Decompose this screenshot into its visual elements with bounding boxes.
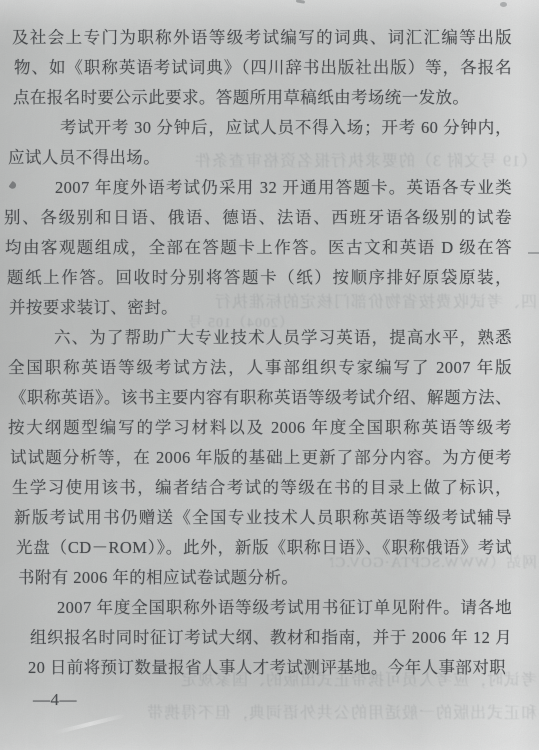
text-line: 光盘（CD－ROM）》。此外，新版《职称日语》、《职称俄语》考试用: [16, 533, 512, 563]
text-line: 点在报名时要公示此要求。答题所用草稿纸由考场统一发放。: [13, 83, 512, 113]
text-line: 《职称英语》。该书主要内容有职称英语等级考试介绍、解题方法、: [10, 383, 512, 413]
text-line: 考试开考 30 分钟后，应试人员不得入场；开考 60 分钟内，: [60, 113, 512, 143]
text-line: 按大纲题型编写的学习材料以及 2006 年度全国职称英语等级考: [8, 413, 512, 443]
bleedthrough-text: 和正式出版的一般适用的公共外语词典，但不得携带电子词典: [148, 700, 537, 723]
text-line: 别、各级别和日语、俄语、德语、法语、西班牙语各级别的试卷: [4, 203, 512, 233]
text-line: 应试人员不得出场。: [8, 143, 512, 173]
text-line: 物、如《职称英语考试词典》（四川辞书出版社出版）等，各报名: [14, 53, 512, 83]
crease-streak: [53, 713, 128, 735]
text-line: 题纸上作答。回收时分别将答题卡（纸）按顺序排好原袋原装，: [7, 263, 512, 293]
text-line: 20 日前将预订数量报省人事人才考试测评基地。今年人事部对职: [28, 653, 512, 683]
document-text: 及社会上专门为职称外语等级考试编写的词典、词汇汇编等出版物、如《职称英语考试词典…: [0, 23, 539, 683]
text-line: 书附有 2006 年的相应试卷试题分析。: [18, 563, 512, 593]
text-line: 六、为了帮助广大专业技术人员学习英语，提高水平，熟悉: [54, 323, 512, 353]
scanned-document-page: （19 号文附 3）的要求执行报名资格审查条件四、考试收费按省物价部门核定的标准…: [0, 0, 539, 750]
text-line: 均由客观题组成，全部在答题卡上作答。医古文和英语 D 级在答: [5, 233, 512, 263]
text-line: 生学习使用该书，编者结合考试的等级在书的目录上做了标识，: [12, 473, 512, 503]
text-line: 2007 年度外语考试仍采用 32 开通用答题卡。英语各专业类: [55, 173, 512, 203]
scan-speck: [500, 2, 507, 7]
scan-speck: [296, 0, 305, 4]
text-line: 全国职称英语等级考试方法，人事部组织专家编写了 2007 年版: [8, 353, 512, 383]
text-line: 并按要求装订、密封。: [9, 293, 512, 323]
text-line: 试试题分析等，在 2006 年版的基础上更新了部分内容。为方便考: [10, 443, 512, 473]
text-line: 及社会上专门为职称外语等级考试编写的词典、词汇汇编等出版: [12, 23, 512, 53]
text-line: 组织报名时同时征订考试大纲、教材和指南，并于 2006 年 12 月: [30, 623, 512, 653]
text-line: 2007 年度全国职称外语等级考试用书征订单见附件。请各地: [57, 593, 512, 623]
page-number: —4—: [33, 690, 77, 710]
text-line: 新版考试用书仍赠送《全国专业技术人员职称英语等级考试辅导: [14, 503, 512, 533]
